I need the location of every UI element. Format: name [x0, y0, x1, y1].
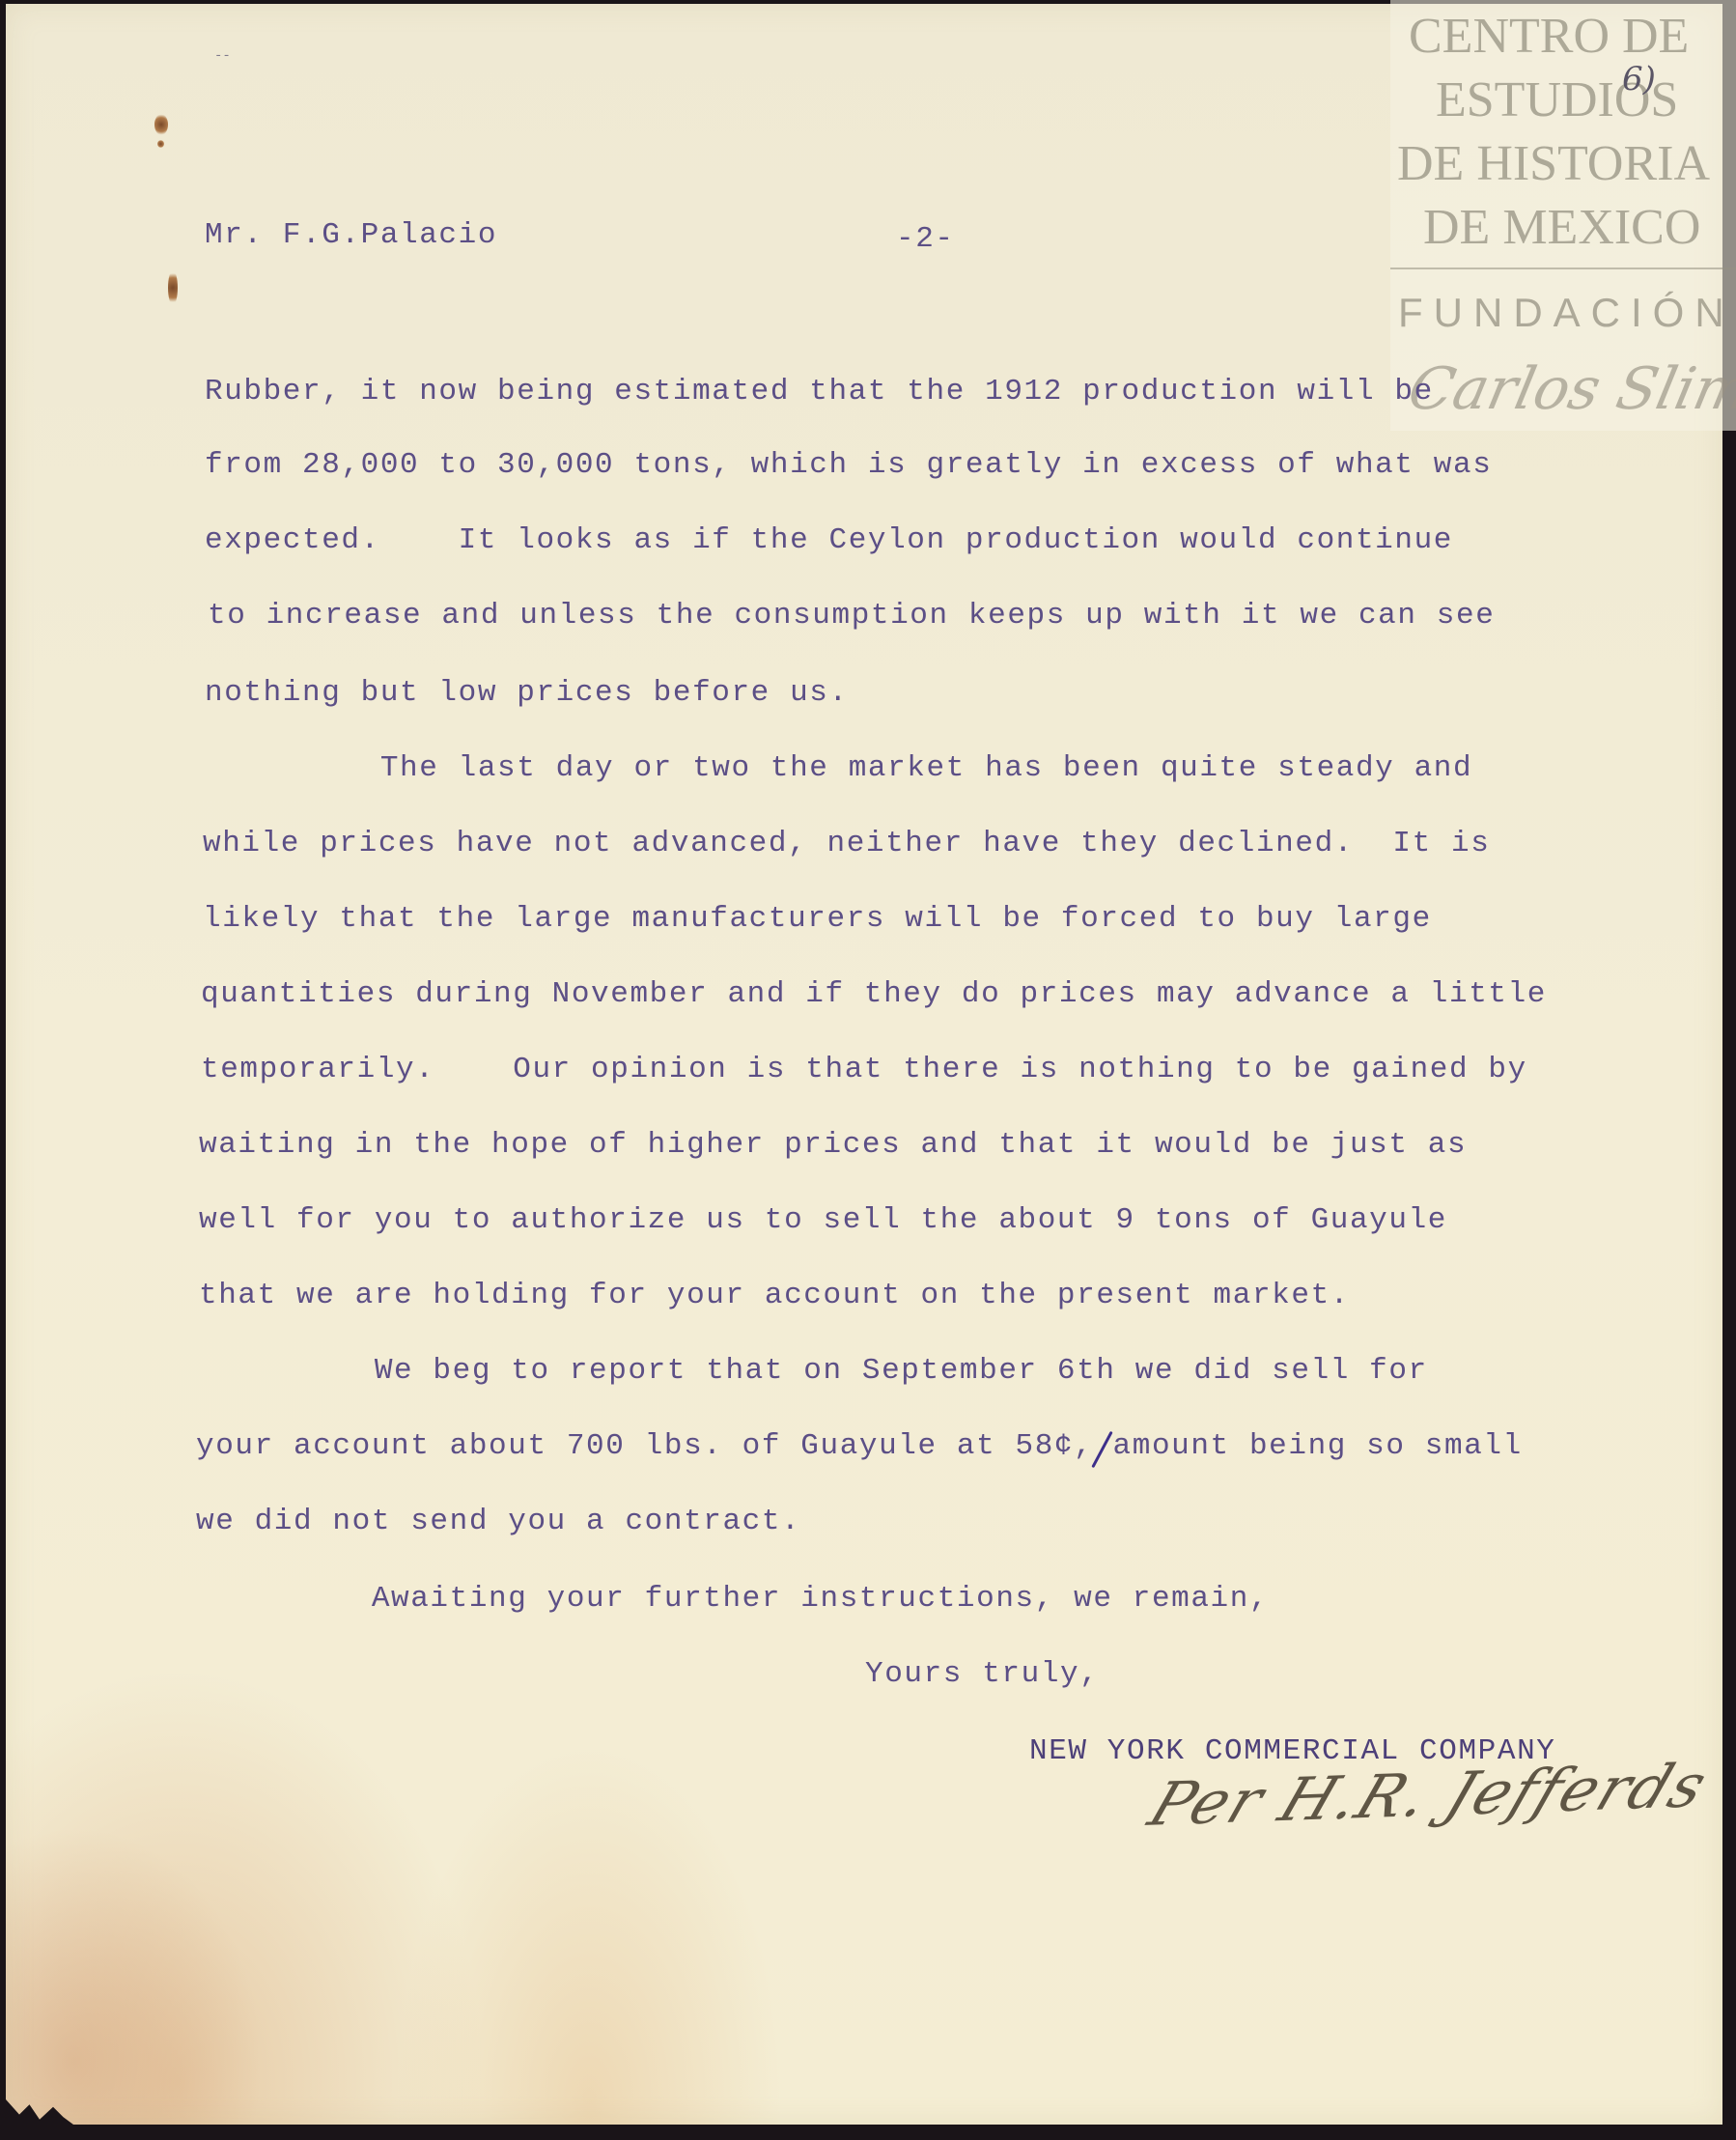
torn-corner [6, 2099, 73, 2125]
body-line: Awaiting your further instructions, we r… [196, 1584, 1269, 1614]
watermark-divider [1390, 267, 1736, 269]
body-line: well for you to authorize us to sell the… [199, 1205, 1447, 1235]
addressee: Mr. F.G.Palacio [205, 220, 497, 250]
body-line: waiting in the hope of higher prices and… [199, 1130, 1467, 1160]
stray-mark: -- [214, 48, 231, 64]
body-line: likely that the large manufacturers will… [203, 904, 1432, 934]
rust-mark [168, 270, 178, 305]
scanned-document: -- CENTRO DE ESTUDIOS DE HISTORIA DE MEX… [0, 0, 1736, 2140]
watermark-line: DE HISTORIA [1397, 139, 1710, 189]
rust-mark [154, 114, 168, 135]
pencil-page-annotation: 6) [1622, 60, 1656, 99]
body-line: that we are holding for your account on … [199, 1281, 1350, 1310]
watermark-foundation: FUNDACIÓN [1398, 290, 1735, 336]
body-line: temporarily. Our opinion is that there i… [201, 1055, 1527, 1084]
watermark-line: CENTRO DE [1409, 12, 1689, 62]
body-line: expected. It looks as if the Ceylon prod… [205, 525, 1453, 555]
body-line: The last day or two the market has been … [205, 753, 1472, 783]
body-line: your account about 700 lbs. of Guayule a… [196, 1431, 1523, 1461]
body-line: We beg to report that on September 6th w… [199, 1356, 1428, 1386]
body-line: from 28,000 to 30,000 tons, which is gre… [205, 450, 1492, 480]
body-line: while prices have not advanced, neither … [203, 829, 1490, 859]
handwritten-signature: Per H.R. Jefferds [1157, 1760, 1591, 1866]
valediction: Yours truly, [865, 1659, 1099, 1689]
body-line: quantities during November and if they d… [201, 979, 1547, 1009]
body-line: Rubber, it now being estimated that the … [205, 377, 1434, 407]
watermark-line: DE MEXICO [1423, 203, 1700, 253]
page-number: -2- [896, 224, 955, 254]
watermark-script: Carlos Slim [1403, 355, 1736, 423]
body-line: to increase and unless the consumption k… [208, 601, 1495, 631]
body-line: nothing but low prices before us. [205, 678, 849, 708]
rust-mark [157, 140, 164, 148]
body-line: we did not send you a contract. [196, 1506, 800, 1536]
